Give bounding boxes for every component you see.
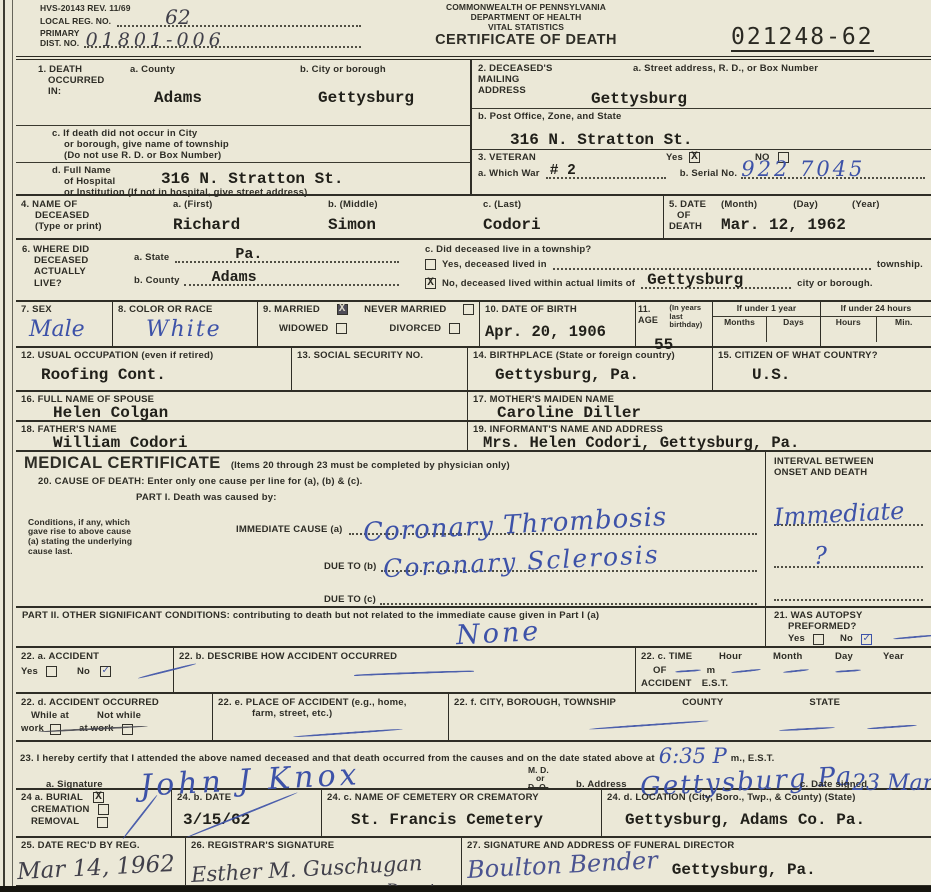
due-to-b-label: DUE TO (b)	[324, 561, 377, 572]
sex-value-handwritten: Male	[29, 317, 107, 342]
state-header: STATE	[809, 697, 840, 708]
city-borough-township-label: 22. f. CITY, BOROUGH, TOWNSHIP	[454, 697, 616, 708]
accident-word-label: ACCIDENT	[641, 678, 692, 689]
county-header: COUNTY	[682, 697, 723, 708]
est-label: E.S.T.	[702, 678, 729, 689]
residence-county-value: Adams	[212, 269, 257, 286]
cause-of-death-instruction: 20. CAUSE OF DEATH: Enter only one cause…	[38, 476, 765, 487]
hours-header: Hours	[821, 317, 877, 342]
certificate-number-stamp: 021248-62	[731, 24, 874, 52]
race-value-handwritten: White	[146, 317, 252, 342]
part2-label: PART II. OTHER SIGNIFICANT CONDITIONS: c…	[22, 610, 761, 621]
date-received-label: 25. DATE REC'D BY REG.	[21, 840, 180, 851]
item-22d-occurred: 22. d. ACCIDENT OCCURRED While at Not wh…	[16, 694, 213, 740]
pen-stroke	[731, 668, 761, 673]
item-22c-time: 22. c. TIME Hour Month Day Year OF m ACC…	[636, 648, 931, 692]
place-of-accident-label-2: farm, street, etc.)	[252, 708, 443, 719]
local-reg-value-handwritten: 62	[165, 5, 190, 29]
township-note-2: or borough, give name of township	[64, 139, 470, 150]
city-label: b. City or borough	[300, 64, 470, 75]
burial-checkbox: X	[93, 792, 104, 803]
row-items-16-17: 16. FULL NAME OF SPOUSE Helen Colgan 17.…	[16, 392, 931, 422]
row-item-24: 24 a. BURIAL X CREMATION X REMOVAL X 24.…	[16, 790, 931, 838]
not-while-at-work-checkbox: X	[122, 724, 133, 735]
left-rule-line-2	[12, 0, 13, 892]
township-note-3: (Do not use R. D. or Box Number)	[64, 150, 470, 161]
item-13-ssn: 13. SOCIAL SECURITY NO.	[292, 348, 468, 390]
vital-statistics-line: VITAL STATISTICS	[361, 23, 691, 33]
item-24c-cemetery: 24. c. NAME OF CEMETERY OR CREMATORY St.…	[322, 790, 602, 836]
citizen-value: U.S.	[752, 366, 926, 384]
time-of-accident-label: 22. c. TIME	[641, 651, 719, 662]
pen-stroke	[354, 670, 474, 676]
county-value: Adams	[154, 89, 300, 107]
medical-certificate-title: MEDICAL CERTIFICATE	[24, 454, 221, 473]
place-of-accident-label-1: 22. e. PLACE OF ACCIDENT (e.g., home,	[218, 697, 443, 708]
post-office-label: b. Post Office, Zone, and State	[478, 111, 925, 122]
year-header-22c: Year	[883, 651, 904, 662]
funeral-director-signature-handwritten: Boulton Bender	[466, 846, 658, 884]
veteran-yes-label: Yes	[666, 152, 683, 163]
birth-date-label: 10. DATE OF BIRTH	[485, 304, 630, 315]
location-value: Gettysburg, Adams Co. Pa.	[625, 811, 926, 829]
item-24d-location: 24. d. LOCATION (City, Boro., Twp., & Co…	[602, 790, 931, 836]
city-value: Gettysburg	[318, 89, 470, 107]
hour-header: Hour	[719, 651, 773, 662]
funeral-director-label: 27. SIGNATURE AND ADDRESS OF FUNERAL DIR…	[467, 840, 926, 851]
row-item-22def: 22. d. ACCIDENT OCCURRED While at Not wh…	[16, 694, 931, 742]
while-at-label: While at	[31, 710, 69, 721]
item5-label-2: OF	[677, 210, 691, 221]
month-header-22c: Month	[773, 651, 835, 662]
pen-stroke	[783, 668, 809, 673]
bottom-scan-edge	[0, 886, 931, 892]
widowed-checkbox: X	[336, 323, 347, 334]
residence-county-label: b. County	[134, 275, 180, 286]
item6-label-3: ACTUALLY	[34, 266, 86, 277]
of-label: OF	[653, 665, 667, 676]
interval-label-2: ONSET AND DEATH	[774, 467, 925, 478]
immediate-cause-label: IMMEDIATE CAUSE (a)	[236, 524, 343, 535]
item-26-registrar: 26. REGISTRAR'S SIGNATURE Esther M. Gusc…	[186, 838, 462, 885]
age-under-24-hours-group: If under 24 hours Hours Min.	[821, 302, 931, 346]
m-label: m	[707, 665, 716, 676]
item-4-name: 4. NAME OF DECEASED (Type or print) a. (…	[16, 196, 664, 238]
days-header: Days	[767, 317, 820, 342]
interval-b-handwritten: ?	[814, 542, 827, 570]
signature-label: a. Signature	[46, 779, 103, 790]
date-of-death-value: Mar. 12, 1962	[721, 216, 846, 234]
married-mark: X	[339, 304, 346, 315]
item5-label-1: 5. DATE	[669, 199, 706, 210]
item2-label-2: MAILING	[478, 74, 520, 85]
accident-no-label: No	[77, 666, 90, 677]
row-items-25-27: 25. DATE REC'D BY REG. Mar 14, 1962 26. …	[16, 838, 931, 886]
removal-checkbox: X	[97, 817, 108, 828]
cremation-label: CREMATION	[31, 804, 90, 815]
autopsy-label-2: PREFORMED?	[788, 621, 927, 632]
part2-value-handwritten: None	[455, 616, 542, 651]
autopsy-no-checkbox: ✓	[861, 634, 872, 645]
left-rule-line	[3, 0, 5, 892]
last-name-value: Codori	[483, 216, 658, 234]
dist-no-label: DIST. NO.	[40, 38, 79, 48]
cemetery-value: St. Francis Cemetery	[351, 811, 596, 829]
due-to-c-label: DUE TO (c)	[324, 594, 376, 605]
street-label: a. Street address, R. D., or Box Number	[633, 63, 925, 74]
item-12-occupation: 12. USUAL OCCUPATION (even if retired) R…	[16, 348, 292, 390]
work-label: work	[21, 723, 44, 734]
day-header: (Day)	[793, 199, 818, 210]
item-22e-place: 22. e. PLACE OF ACCIDENT (e.g., home, fa…	[213, 694, 449, 740]
form-number: HVS-20143 REV. 11/69	[40, 4, 361, 14]
item1-label-3: IN:	[48, 86, 61, 97]
cemetery-label: 24. c. NAME OF CEMETERY OR CREMATORY	[327, 792, 596, 803]
item-22a-accident: 22. a. ACCIDENT Yes X No ✓	[16, 648, 174, 692]
item-24a-disposal: 24 a. BURIAL X CREMATION X REMOVAL X	[16, 790, 172, 836]
year-header: (Year)	[852, 199, 880, 210]
pen-stroke	[675, 669, 701, 673]
veteran-yes-checkbox: X	[689, 152, 700, 163]
row-item-22abc: 22. a. ACCIDENT Yes X No ✓ 22. b. DESCRI…	[16, 648, 931, 694]
spouse-value: Helen Colgan	[53, 404, 462, 422]
item6-label-2: DECEASED	[34, 255, 88, 266]
township-note-1: c. If death did not occur in City	[52, 128, 470, 139]
age-under-1-year-group: If under 1 year Months Days	[713, 302, 821, 346]
middle-name-value: Simon	[328, 216, 483, 234]
accident-occurred-label: 22. d. ACCIDENT OCCURRED	[21, 697, 207, 708]
medical-certificate-section: MEDICAL CERTIFICATE (Items 20 through 23…	[16, 452, 931, 608]
row-items-7-11: 7. SEX Male 8. COLOR OR RACE White 9. MA…	[16, 302, 931, 348]
row-item-6: 6. WHERE DID DECEASED ACTUALLY LIVE? a. …	[16, 240, 931, 302]
street-value: Gettysburg	[591, 90, 687, 108]
not-while-label: Not while	[97, 710, 141, 721]
funeral-director-address: Gettysburg, Pa.	[672, 861, 816, 879]
item-27-funeral-director: 27. SIGNATURE AND ADDRESS OF FUNERAL DIR…	[462, 838, 931, 885]
married-label: 9. MARRIED	[263, 304, 320, 315]
item4-label-3: (Type or print)	[35, 221, 102, 232]
row-items-4-5: 4. NAME OF DECEASED (Type or print) a. (…	[16, 196, 931, 240]
item5-label-3: DEATH	[669, 221, 702, 232]
item-21-autopsy: 21. WAS AUTOPSY PREFORMED? Yes X No ✓	[765, 608, 931, 646]
item2-label-3: ADDRESS	[478, 85, 526, 96]
citizen-label: 15. CITIZEN OF WHAT COUNTRY?	[718, 350, 926, 361]
pen-stroke	[867, 724, 917, 729]
county-label: a. County	[130, 64, 300, 75]
item-18-father: 18. FATHER'S NAME William Codori	[16, 422, 468, 450]
item-22b-describe: 22. b. DESCRIBE HOW ACCIDENT OCCURRED	[174, 648, 636, 692]
accident-no-mark: ✓	[102, 666, 109, 677]
medical-certificate-subtitle: (Items 20 through 23 must be completed b…	[231, 460, 510, 471]
item-5-date-of-death: 5. DATE OF DEATH (Month) (Day) (Year) Ma…	[664, 196, 931, 238]
father-value: William Codori	[53, 434, 462, 452]
address-label: b. Address	[576, 779, 627, 790]
item4-label-1: 4. NAME OF	[21, 199, 77, 210]
day-header-22c: Day	[835, 651, 883, 662]
serial-value-handwritten: 922 7045	[741, 157, 865, 181]
item4-label-2: DECEASED	[35, 210, 89, 221]
which-war-label: a. Which War	[478, 168, 540, 179]
under-24-hours-header: If under 24 hours	[821, 304, 931, 314]
under-1-year-header: If under 1 year	[713, 304, 820, 314]
township-suffix: township.	[877, 259, 923, 270]
item-23-certification: 23. I hereby certify that I attended the…	[16, 742, 931, 790]
item1-label-1: 1. DEATH	[38, 64, 82, 75]
primary-label: PRIMARY	[40, 28, 80, 38]
accident-yes-checkbox: X	[46, 666, 57, 677]
item-7-sex: 7. SEX Male	[16, 302, 113, 346]
autopsy-no-label: No	[840, 633, 853, 644]
township-yes-text: Yes, deceased lived in	[442, 259, 547, 270]
state-label: a. State	[134, 252, 169, 263]
township-no-checkbox: X	[425, 278, 436, 289]
item-8-race: 8. COLOR OR RACE White	[113, 302, 258, 346]
race-label: 8. COLOR OR RACE	[118, 304, 252, 315]
middle-name-label: b. (Middle)	[328, 199, 483, 210]
month-header: (Month)	[721, 199, 757, 210]
autopsy-yes-checkbox: X	[813, 634, 824, 645]
header: HVS-20143 REV. 11/69 LOCAL REG. NO. 62 P…	[16, 0, 931, 60]
residence-city-value: Gettysburg	[647, 271, 743, 289]
item-10-date-of-birth: 10. DATE OF BIRTH Apr. 20, 1906	[480, 302, 636, 346]
mother-value: Caroline Diller	[497, 404, 926, 422]
autopsy-no-mark: ✓	[863, 634, 870, 645]
row-items-12-15: 12. USUAL OCCUPATION (even if retired) R…	[16, 348, 931, 392]
removal-label: REMOVAL	[31, 816, 79, 827]
pen-stroke	[293, 728, 403, 738]
items-2-3-block: 2. DECEASED'S MAILING ADDRESS a. Street …	[472, 60, 931, 194]
item-24b-date: 24. b. DATE 3/15/62	[172, 790, 322, 836]
never-married-label: NEVER MARRIED	[364, 304, 446, 315]
months-header: Months	[713, 317, 767, 342]
item-1-death-occurred: 1. DEATH OCCURRED IN: a. County Adams b.…	[16, 60, 472, 194]
local-reg-label: LOCAL REG. NO.	[40, 17, 111, 27]
first-name-label: a. (First)	[173, 199, 328, 210]
serial-label: b. Serial No.	[680, 168, 738, 179]
part2-row: PART II. OTHER SIGNIFICANT CONDITIONS: c…	[16, 608, 931, 648]
occupation-label: 12. USUAL OCCUPATION (even if retired)	[21, 350, 286, 361]
veteran-label: 3. VETERAN	[478, 152, 536, 163]
item2-label-1: 2. DECEASED'S	[478, 63, 553, 74]
ssn-label: 13. SOCIAL SECURITY NO.	[297, 350, 462, 361]
divorced-checkbox: X	[449, 323, 460, 334]
interval-column: INTERVAL BETWEEN ONSET AND DEATH Immedia…	[765, 452, 931, 606]
state-value: Pa.	[235, 246, 262, 263]
birth-date-value: Apr. 20, 1906	[485, 323, 630, 341]
age-label: 11. AGE	[638, 304, 667, 330]
birthplace-value: Gettysburg, Pa.	[495, 366, 707, 384]
interval-label-1: INTERVAL BETWEEN	[774, 456, 925, 467]
item-22f-city: 22. f. CITY, BOROUGH, TOWNSHIP COUNTY ST…	[449, 694, 931, 740]
item-25-date-received: 25. DATE REC'D BY REG. Mar 14, 1962	[16, 838, 186, 885]
item6-label-4: LIVE?	[34, 278, 62, 289]
certify-suffix: m., E.S.T.	[731, 753, 775, 764]
primary-dist-value-handwritten: 01801-006	[86, 29, 225, 51]
city-borough-suffix: city or borough.	[797, 278, 873, 289]
pen-stroke	[779, 727, 835, 732]
item-19-informant: 19. INFORMANT'S NAME AND ADDRESS Mrs. He…	[468, 422, 931, 450]
item-16-spouse: 16. FULL NAME OF SPOUSE Helen Colgan	[16, 392, 468, 420]
last-name-label: c. (Last)	[483, 199, 658, 210]
burial-label: 24 a. BURIAL	[21, 792, 83, 803]
registrar-label: 26. REGISTRAR'S SIGNATURE	[191, 840, 456, 851]
first-name-value: Richard	[173, 216, 328, 234]
burial-date-value: 3/15/62	[183, 811, 316, 829]
row-items-1-3: 1. DEATH OCCURRED IN: a. County Adams b.…	[16, 60, 931, 196]
birthplace-label: 14. BIRTHPLACE (State or foreign country…	[473, 350, 707, 361]
township-no-text: No, deceased lived within actual limits …	[442, 278, 635, 289]
sex-label: 7. SEX	[21, 304, 107, 315]
accident-label: 22. a. ACCIDENT	[21, 651, 168, 662]
item-14-birthplace: 14. BIRTHPLACE (State or foreign country…	[468, 348, 713, 390]
certificate-title: CERTIFICATE OF DEATH	[361, 32, 691, 49]
conditions-note-4: cause last.	[28, 547, 236, 557]
item6-label-1: 6. WHERE DID	[22, 244, 89, 255]
autopsy-label-1: 21. WAS AUTOPSY	[774, 610, 927, 621]
divorced-label: DIVORCED	[389, 323, 441, 334]
post-office-value: 316 N. Stratton St.	[510, 131, 692, 149]
informant-value: Mrs. Helen Codori, Gettysburg, Pa.	[483, 434, 926, 452]
autopsy-yes-label: Yes	[788, 633, 805, 644]
township-question: c. Did deceased live in a township?	[425, 244, 923, 255]
cremation-checkbox: X	[98, 804, 109, 815]
widowed-label: WIDOWED	[279, 323, 328, 334]
item-17-mother: 17. MOTHER'S MAIDEN NAME Caroline Diller	[468, 392, 931, 420]
item-15-citizen: 15. CITIZEN OF WHAT COUNTRY? U.S.	[713, 348, 931, 390]
describe-accident-label: 22. b. DESCRIBE HOW ACCIDENT OCCURRED	[179, 651, 630, 662]
burial-mark: X	[95, 792, 102, 803]
row-items-18-19: 18. FATHER'S NAME William Codori 19. INF…	[16, 422, 931, 452]
which-war-value: # 2	[550, 163, 576, 179]
age-sub-2: last birthday)	[669, 312, 702, 330]
accident-no-checkbox: ✓	[100, 666, 111, 677]
item1-label-2: OCCURRED	[48, 75, 105, 86]
death-certificate-document: HVS-20143 REV. 11/69 LOCAL REG. NO. 62 P…	[0, 0, 931, 892]
occupation-value: Roofing Cont.	[41, 366, 286, 384]
hospital-value: 316 N. Stratton St.	[161, 170, 343, 188]
married-checkbox: X	[337, 304, 348, 315]
township-yes-checkbox: X	[425, 259, 436, 270]
location-label: 24. d. LOCATION (City, Boro., Twp., & Co…	[607, 792, 926, 803]
pen-stroke	[835, 669, 861, 673]
never-married-checkbox: X	[463, 304, 474, 315]
interval-a-handwritten: Immediate	[773, 497, 905, 532]
veteran-yes-mark: X	[691, 152, 698, 163]
pen-stroke	[589, 720, 709, 730]
township-no-mark: X	[427, 278, 434, 289]
date-received-handwritten: Mar 14, 1962	[16, 851, 175, 885]
min-header: Min.	[877, 317, 931, 342]
item-11-age: 11. AGE (In years last birthday) 55	[636, 302, 713, 346]
accident-yes-label: Yes	[21, 666, 38, 677]
item-9-marital: 9. MARRIED X NEVER MARRIED X WIDOWED X D…	[258, 302, 480, 346]
